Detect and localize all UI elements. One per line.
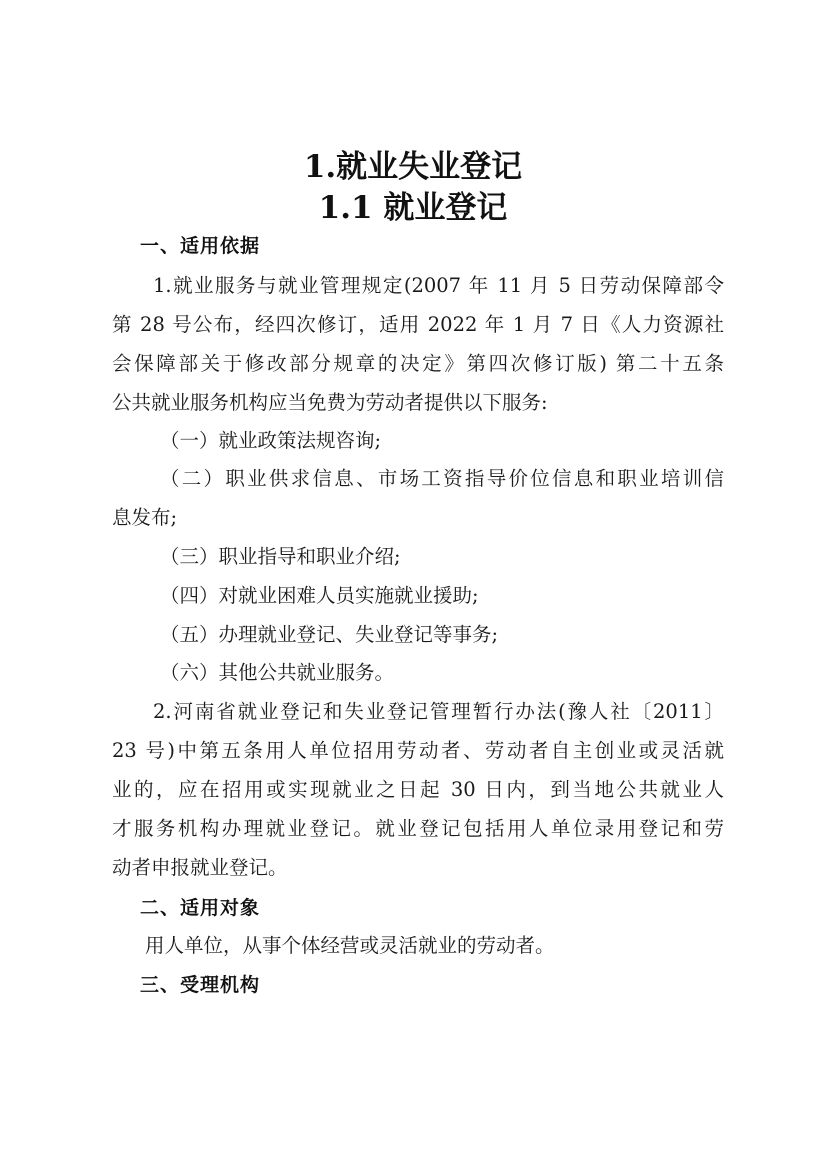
document-page: 1.就业失业登记 1.1 就业登记 一、适用依据 1.就业服务与就业管理规定(2…: [0, 0, 826, 1168]
paragraph-line: 23 号)中第五条用人单位招用劳动者、劳动者自主创业或灵活就: [112, 737, 724, 765]
paragraph-line: 才服务机构办理就业登记。就业登记包括用人单位录用登记和劳: [112, 815, 724, 843]
document-subtitle: 1.1 就业登记: [0, 188, 826, 228]
list-item: （二）职业供求信息、市场工资指导价位信息和职业培训信: [160, 465, 724, 493]
paragraph-line: 1.就业服务与就业管理规定(2007 年 11 月 5 日劳动保障部令: [153, 272, 724, 300]
paragraph-line: 会保障部关于修改部分规章的决定》第四次修订版) 第二十五条: [112, 350, 724, 378]
paragraph-line: 业的，应在招用或实现就业之日起 30 日内，到当地公共就业人: [112, 776, 724, 804]
paragraph-line: 2.河南省就业登记和失业登记管理暂行办法(豫人社〔2011〕: [153, 698, 724, 726]
list-item: （五）办理就业登记、失业登记等事务;: [160, 621, 772, 649]
list-item: （三）职业指导和职业介绍;: [160, 543, 772, 571]
paragraph-line: 用人单位，从事个体经营或灵活就业的劳动者。: [145, 932, 757, 960]
section-heading-basis: 一、适用依据: [140, 232, 260, 260]
paragraph-line: 第 28 号公布，经四次修订，适用 2022 年 1 月 7 日《人力资源社: [112, 311, 724, 339]
paragraph-line: 动者申报就业登记。: [112, 854, 724, 882]
section-heading-agency: 三、受理机构: [140, 971, 260, 999]
section-heading-scope: 二、适用对象: [140, 894, 260, 922]
paragraph-line: 公共就业服务机构应当免费为劳动者提供以下服务:: [112, 389, 724, 417]
list-item: （六）其他公共就业服务。: [160, 659, 772, 687]
list-item-continuation: 息发布;: [112, 504, 724, 532]
list-item: （四）对就业困难人员实施就业援助;: [160, 582, 772, 610]
list-item: （一）就业政策法规咨询;: [160, 427, 772, 455]
document-title: 1.就业失业登记: [0, 147, 826, 187]
